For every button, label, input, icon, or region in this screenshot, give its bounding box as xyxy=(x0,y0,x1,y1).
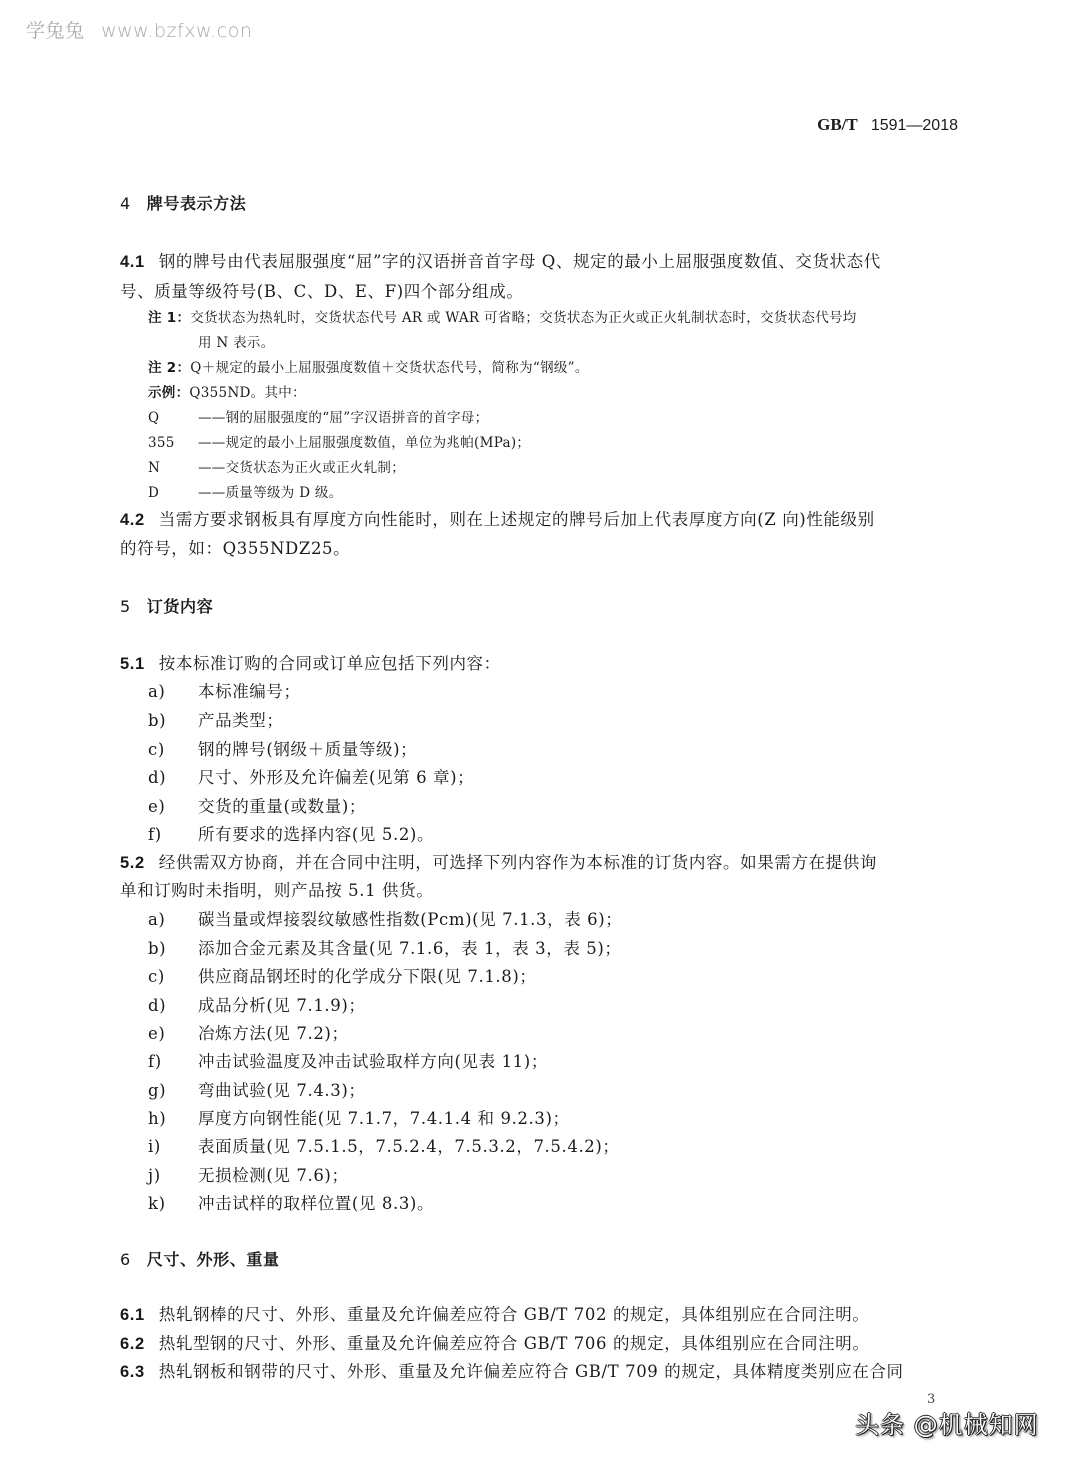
item-text: 冲击试验温度及冲击试验取样方向(见表 11)； xyxy=(198,1052,548,1071)
list-item: a)本标准编号； xyxy=(148,680,301,704)
list-item: b)产品类型； xyxy=(148,709,284,733)
clause-6-1: 6.1热轧钢棒的尺寸、外形、重量及允许偏差应符合 GB/T 702 的规定，具体… xyxy=(120,1303,869,1327)
clause-4-2-cont: 的符号，如：Q355NDZ25。 xyxy=(120,537,350,561)
item-text: 所有要求的选择内容(见 5.2)。 xyxy=(198,825,434,844)
item-text: 本标准编号； xyxy=(198,682,301,701)
standard-prefix: GB/T xyxy=(817,115,858,134)
list-item: b)添加合金元素及其含量(见 7.1.6，表 1，表 3，表 5)； xyxy=(148,937,622,961)
clause-text: 按本标准订购的合同或订单应包括下列内容： xyxy=(159,654,501,673)
example: 示例：Q355ND。其中： xyxy=(148,381,306,405)
clause-text: 当需方要求钢板具有厚度方向性能时，则在上述规定的牌号后加上代表厚度方向(Z 向)… xyxy=(159,510,875,529)
item-text: 尺寸、外形及允许偏差(见第 6 章)； xyxy=(198,768,474,787)
item-text: 碳当量或焊接裂纹敏感性指数(Pcm)(见 7.1.3，表 6)； xyxy=(198,910,622,929)
watermark-url: www.bzfxw.con xyxy=(101,20,252,42)
item-key: j) xyxy=(148,1164,198,1188)
clause-number: 6.2 xyxy=(120,1335,145,1353)
item-text: 弯曲试验(见 7.4.3)； xyxy=(198,1081,366,1100)
toutiao-watermark: 头条 @机械知网 xyxy=(855,1405,1039,1440)
item-key: i) xyxy=(148,1135,198,1159)
clause-text: 钢的牌号由代表屈服强度“屈”字的汉语拼音首字母 Q、规定的最小上屈服强度数值、交… xyxy=(159,252,881,271)
list-item: d)成品分析(见 7.1.9)； xyxy=(148,994,366,1018)
example-key: D xyxy=(148,481,198,505)
clause-text: 热轧钢板和钢带的尺寸、外形、重量及允许偏差应符合 GB/T 709 的规定，具体… xyxy=(159,1362,904,1381)
standard-code: GB/T 1591—2018 xyxy=(817,115,958,135)
clause-number: 5.1 xyxy=(120,655,145,673)
example-item: 355——规定的最小上屈服强度数值，单位为兆帕(MPa)； xyxy=(148,431,530,455)
item-text: 厚度方向钢性能(见 7.1.7，7.4.1.4 和 9.2.3)； xyxy=(198,1109,570,1128)
item-key: c) xyxy=(148,965,198,989)
item-key: f) xyxy=(148,1050,198,1074)
list-item: k)冲击试样的取样位置(见 8.3)。 xyxy=(148,1192,434,1216)
watermark-site-name: 学兔兔 xyxy=(26,20,85,42)
note-text: 交货状态为热轧时，交货状态代号 AR 或 WAR 可省略；交货状态为正火或正火轧… xyxy=(190,310,856,326)
item-text: 交货的重量(或数量)； xyxy=(198,797,366,816)
list-item: f)冲击试验温度及冲击试验取样方向(见表 11)； xyxy=(148,1050,548,1074)
clause-number: 5.2 xyxy=(120,854,145,872)
clause-number: 4.2 xyxy=(120,511,145,529)
item-key: e) xyxy=(148,1022,198,1046)
list-item: g)弯曲试验(见 7.4.3)； xyxy=(148,1079,366,1103)
item-key: k) xyxy=(148,1192,198,1216)
item-key: a) xyxy=(148,680,198,704)
item-key: a) xyxy=(148,908,198,932)
section-title: 订货内容 xyxy=(147,597,213,616)
section-number: 4 xyxy=(120,194,131,213)
list-item: h)厚度方向钢性能(见 7.1.7，7.4.1.4 和 9.2.3)； xyxy=(148,1107,570,1131)
note-label: 注 2： xyxy=(148,360,190,376)
item-text: 添加合金元素及其含量(见 7.1.6，表 1，表 3，表 5)； xyxy=(198,939,622,958)
section-number: 5 xyxy=(120,597,131,616)
note-2: 注 2：Q＋规定的最小上屈服强度数值＋交货状态代号，简称为“钢级”。 xyxy=(148,356,589,380)
list-item: d)尺寸、外形及允许偏差(见第 6 章)； xyxy=(148,766,474,790)
item-text: 冶炼方法(见 7.2)； xyxy=(198,1024,349,1043)
clause-number: 6.3 xyxy=(120,1363,145,1381)
clause-5-2: 5.2经供需双方协商，并在合同中注明，可选择下列内容作为本标准的订货内容。如果需… xyxy=(120,851,877,875)
list-item: e)冶炼方法(见 7.2)； xyxy=(148,1022,349,1046)
list-item: a)碳当量或焊接裂纹敏感性指数(Pcm)(见 7.1.3，表 6)； xyxy=(148,908,622,932)
note-text: Q＋规定的最小上屈服强度数值＋交货状态代号，简称为“钢级”。 xyxy=(190,360,588,376)
example-key: N xyxy=(148,456,198,480)
note-1: 注 1：交货状态为热轧时，交货状态代号 AR 或 WAR 可省略；交货状态为正火… xyxy=(148,306,857,330)
clause-4-1-cont: 号、质量等级符号(B、C、D、E、F)四个部分组成。 xyxy=(120,280,523,304)
example-item: D——质量等级为 D 级。 xyxy=(148,481,343,505)
example-text: Q355ND。其中： xyxy=(189,385,305,401)
section-number: 6 xyxy=(120,1250,131,1269)
list-item: j)无损检测(见 7.6)； xyxy=(148,1164,349,1188)
item-text: 无损检测(见 7.6)； xyxy=(198,1166,349,1185)
example-desc: ——交货状态为正火或正火轧制； xyxy=(198,460,405,476)
example-desc: ——规定的最小上屈服强度数值，单位为兆帕(MPa)； xyxy=(198,435,530,451)
item-text: 产品类型； xyxy=(198,711,284,730)
item-text: 冲击试样的取样位置(见 8.3)。 xyxy=(198,1194,434,1213)
item-text: 供应商品钢坯时的化学成分下限(见 7.1.8)； xyxy=(198,967,537,986)
section-4-heading: 4牌号表示方法 xyxy=(120,192,246,216)
list-item: i)表面质量(见 7.5.1.5，7.5.2.4，7.5.3.2，7.5.4.2… xyxy=(148,1135,620,1159)
list-item: c)钢的牌号(钢级＋质量等级)； xyxy=(148,738,417,762)
clause-text: 热轧钢棒的尺寸、外形、重量及允许偏差应符合 GB/T 702 的规定，具体组别应… xyxy=(159,1305,870,1324)
clause-6-2: 6.2热轧型钢的尺寸、外形、重量及允许偏差应符合 GB/T 706 的规定，具体… xyxy=(120,1332,869,1356)
example-desc: ——钢的屈服强度的“屈”字汉语拼音的首字母； xyxy=(198,410,488,426)
item-key: g) xyxy=(148,1079,198,1103)
clause-number: 4.1 xyxy=(120,253,145,271)
list-item: f)所有要求的选择内容(见 5.2)。 xyxy=(148,823,434,847)
example-desc: ——质量等级为 D 级。 xyxy=(198,485,343,501)
note-label: 注 1： xyxy=(148,310,190,326)
item-key: b) xyxy=(148,709,198,733)
item-text: 表面质量(见 7.5.1.5，7.5.2.4，7.5.3.2，7.5.4.2)； xyxy=(198,1137,620,1156)
item-text: 钢的牌号(钢级＋质量等级)； xyxy=(198,740,417,759)
example-key: 355 xyxy=(148,431,198,455)
item-key: c) xyxy=(148,738,198,762)
item-key: e) xyxy=(148,795,198,819)
item-key: d) xyxy=(148,994,198,1018)
item-key: d) xyxy=(148,766,198,790)
clause-4-2: 4.2当需方要求钢板具有厚度方向性能时，则在上述规定的牌号后加上代表厚度方向(Z… xyxy=(120,508,875,532)
list-item: e)交货的重量(或数量)； xyxy=(148,795,366,819)
example-label: 示例： xyxy=(148,385,189,401)
standard-number: 1591—2018 xyxy=(871,117,958,134)
clause-5-2-cont: 单和订购时未指明，则产品按 5.1 供货。 xyxy=(120,879,433,903)
item-text: 成品分析(见 7.1.9)； xyxy=(198,996,366,1015)
item-key: f) xyxy=(148,823,198,847)
clause-6-3: 6.3热轧钢板和钢带的尺寸、外形、重量及允许偏差应符合 GB/T 709 的规定… xyxy=(120,1360,904,1384)
clause-number: 6.1 xyxy=(120,1306,145,1324)
section-5-heading: 5订货内容 xyxy=(120,595,213,619)
item-key: h) xyxy=(148,1107,198,1131)
note-1-cont: 用 N 表示。 xyxy=(198,331,275,355)
site-watermark: 学兔兔 www.bzfxw.con xyxy=(26,16,252,43)
example-item: Q——钢的屈服强度的“屈”字汉语拼音的首字母； xyxy=(148,406,488,430)
section-title: 尺寸、外形、重量 xyxy=(147,1250,280,1269)
example-item: N——交货状态为正火或正火轧制； xyxy=(148,456,405,480)
item-key: b) xyxy=(148,937,198,961)
clause-5-1: 5.1按本标准订购的合同或订单应包括下列内容： xyxy=(120,652,501,676)
section-title: 牌号表示方法 xyxy=(147,194,247,213)
section-6-heading: 6尺寸、外形、重量 xyxy=(120,1248,280,1272)
clause-text: 经供需双方协商，并在合同中注明，可选择下列内容作为本标准的订货内容。如果需方在提… xyxy=(159,853,877,872)
list-item: c)供应商品钢坯时的化学成分下限(见 7.1.8)； xyxy=(148,965,537,989)
clause-text: 热轧型钢的尺寸、外形、重量及允许偏差应符合 GB/T 706 的规定，具体组别应… xyxy=(159,1334,870,1353)
example-key: Q xyxy=(148,406,198,430)
clause-4-1: 4.1钢的牌号由代表屈服强度“屈”字的汉语拼音首字母 Q、规定的最小上屈服强度数… xyxy=(120,250,881,274)
